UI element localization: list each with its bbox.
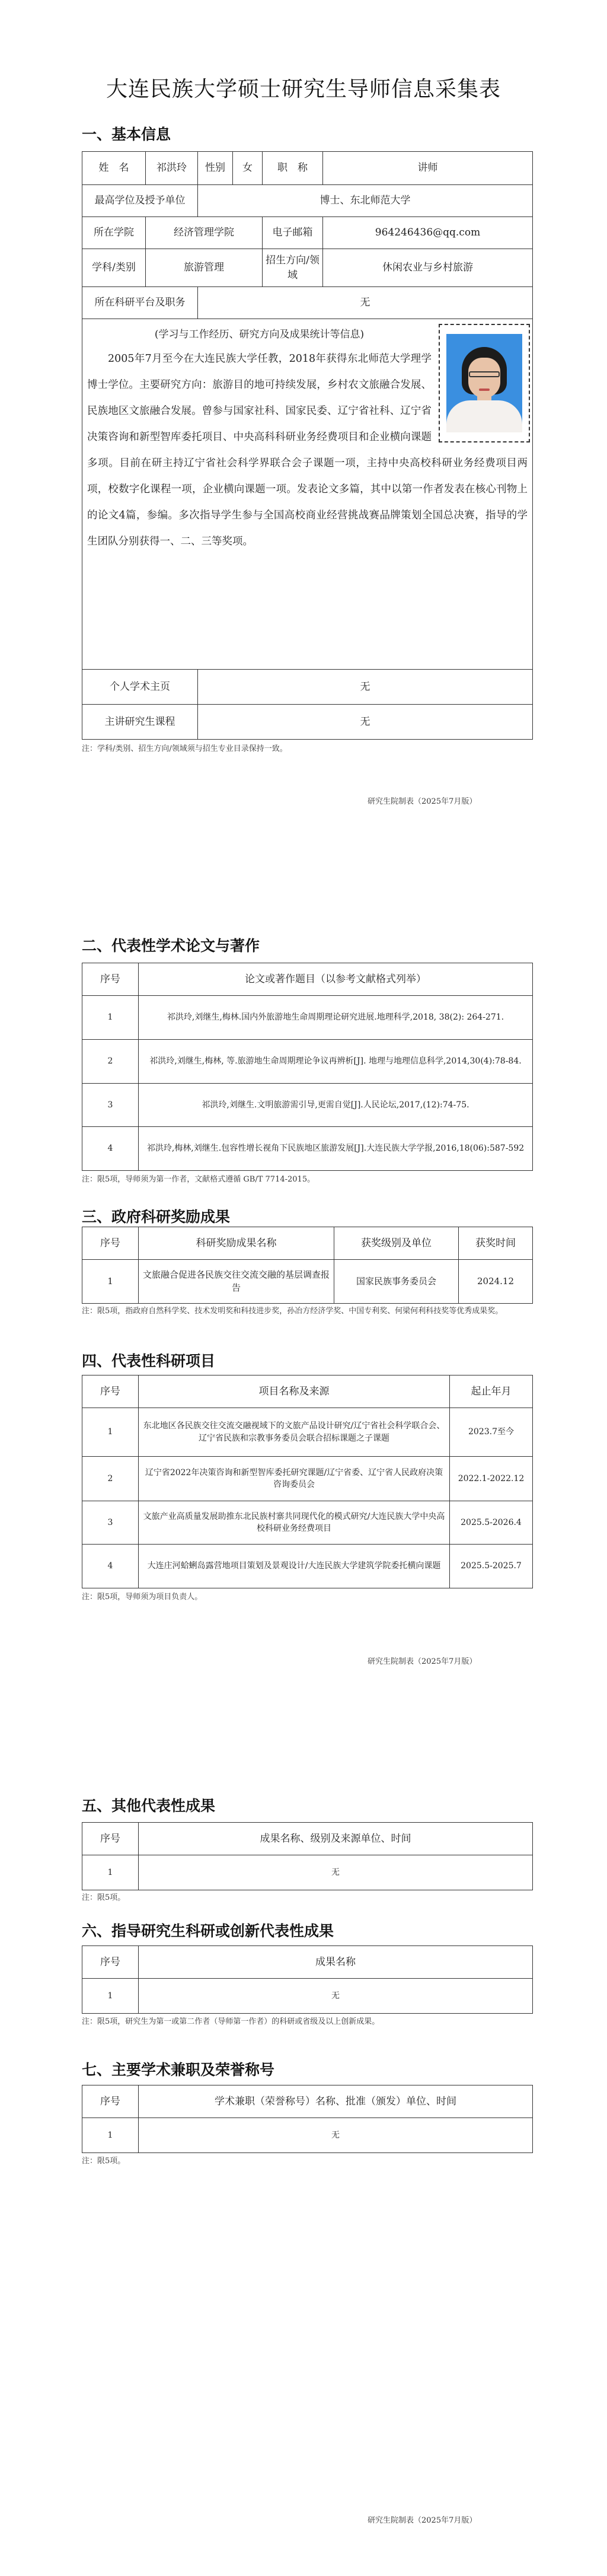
awards-header-level: 获奖级别及单位 bbox=[334, 1227, 459, 1260]
project-period: 2025.5-2026.4 bbox=[450, 1501, 533, 1545]
section5-note: 注：限5项。 bbox=[82, 1892, 532, 1905]
paper-no: 4 bbox=[82, 1127, 139, 1171]
label-title: 职 称 bbox=[263, 152, 323, 185]
value-college: 经济管理学院 bbox=[146, 217, 263, 249]
project-period: 2023.7至今 bbox=[450, 1408, 533, 1457]
paper-citation: 祁洪玲,梅林,刘继生.包容性增长视角下民族地区旅游发展[J].大连民族大学学报,… bbox=[139, 1127, 533, 1171]
paper-no: 3 bbox=[82, 1084, 139, 1127]
award-level: 国家民族事务委员会 bbox=[334, 1260, 459, 1304]
table-row: 4 大连庄河蛤蜊岛露营地项目策划及景观设计/大连民族大学建筑学院委托横向课题 2… bbox=[82, 1545, 533, 1588]
document-title: 大连民族大学硕士研究生导师信息采集表 bbox=[0, 72, 607, 103]
value-discipline: 旅游管理 bbox=[146, 249, 263, 287]
award-name: 文旅融合促进各民族交往交流交融的基层调查报告 bbox=[139, 1260, 334, 1304]
value-direction: 休闲农业与乡村旅游 bbox=[323, 249, 533, 287]
value-name: 祁洪玲 bbox=[146, 152, 198, 185]
bio-cell: (学习与工作经历、研究方向及成果统计等信息) 2005年7月至今在大连民族大学任… bbox=[82, 319, 533, 670]
papers-header-no: 序号 bbox=[82, 963, 139, 996]
label-direction: 招生方向/领域 bbox=[263, 249, 323, 287]
table-row: 1 文旅融合促进各民族交往交流交融的基层调查报告 国家民族事务委员会 2024.… bbox=[82, 1260, 533, 1304]
value-courses: 无 bbox=[198, 705, 533, 740]
student-value: 无 bbox=[139, 1979, 533, 2014]
label-homepage: 个人学术主页 bbox=[82, 670, 198, 705]
project-no: 2 bbox=[82, 1457, 139, 1501]
section4-heading: 四、代表性科研项目 bbox=[82, 1349, 215, 1371]
other-no: 1 bbox=[82, 1855, 139, 1890]
awards-table: 序号 科研奖励成果名称 获奖级别及单位 获奖时间 1 文旅融合促进各民族交往交流… bbox=[82, 1227, 533, 1304]
table-row: 3 文旅产业高质量发展助推东北民族村寨共同现代化的模式研究/大连民族大学中央高校… bbox=[82, 1501, 533, 1545]
other-header-name: 成果名称、级别及来源单位、时间 bbox=[139, 1823, 533, 1855]
label-courses: 主讲研究生课程 bbox=[82, 705, 198, 740]
project-name: 文旅产业高质量发展助推东北民族村寨共同现代化的模式研究/大连民族大学中央高校科研… bbox=[139, 1501, 450, 1545]
label-gender: 性别 bbox=[198, 152, 233, 185]
value-platform: 无 bbox=[198, 287, 533, 319]
table-row: 3 祁洪玲,刘继生.文明旅游需引导,更需自觉[J].人民论坛,2017,(12)… bbox=[82, 1084, 533, 1127]
label-name: 姓 名 bbox=[82, 152, 146, 185]
project-name: 大连庄河蛤蜊岛露营地项目策划及景观设计/大连民族大学建筑学院委托横向课题 bbox=[139, 1545, 450, 1588]
section3-heading: 三、政府科研奖励成果 bbox=[82, 1205, 230, 1227]
student-no: 1 bbox=[82, 1979, 139, 2014]
table-row: 4 祁洪玲,梅林,刘继生.包容性增长视角下民族地区旅游发展[J].大连民族大学学… bbox=[82, 1127, 533, 1171]
project-period: 2025.5-2025.7 bbox=[450, 1545, 533, 1588]
honors-header-name: 学术兼职（荣誉称号）名称、批准（颁发）单位、时间 bbox=[139, 2085, 533, 2118]
value-gender: 女 bbox=[233, 152, 263, 185]
paper-citation: 祁洪玲,刘继生.文明旅游需引导,更需自觉[J].人民论坛,2017,(12):7… bbox=[139, 1084, 533, 1127]
table-row: 1 东北地区各民族交往交流交融视域下的文旅产品设计研究/辽宁省社会科学联合会、辽… bbox=[82, 1408, 533, 1457]
honors-value: 无 bbox=[139, 2118, 533, 2153]
section2-heading: 二、代表性学术论文与著作 bbox=[82, 934, 260, 956]
label-email: 电子邮箱 bbox=[263, 217, 323, 249]
honors-table: 序号 学术兼职（荣誉称号）名称、批准（颁发）单位、时间 1 无 bbox=[82, 2085, 533, 2153]
section5-heading: 五、其他代表性成果 bbox=[82, 1794, 215, 1816]
paper-no: 1 bbox=[82, 996, 139, 1040]
projects-header-no: 序号 bbox=[82, 1375, 139, 1408]
paper-citation: 祁洪玲,刘继生,梅林.国内外旅游地生命周期理论研究进展.地理科学,2018, 3… bbox=[139, 996, 533, 1040]
table-row: 1 无 bbox=[82, 1855, 533, 1890]
projects-table: 序号 项目名称及来源 起止年月 1 东北地区各民族交往交流交融视域下的文旅产品设… bbox=[82, 1375, 533, 1588]
awards-header-name: 科研奖励成果名称 bbox=[139, 1227, 334, 1260]
honors-header-no: 序号 bbox=[82, 2085, 139, 2118]
page-footer-3: 研究生院制表（2025年7月版） bbox=[368, 2514, 477, 2525]
section7-note: 注：限5项。 bbox=[82, 2155, 532, 2168]
label-discipline: 学科/类别 bbox=[82, 249, 146, 287]
table-row: 1 无 bbox=[82, 2118, 533, 2153]
value-email: 964246436@qq.com bbox=[323, 217, 533, 249]
papers-table: 序号 论文或著作题目（以参考文献格式列举） 1 祁洪玲,刘继生,梅林.国内外旅游… bbox=[82, 963, 533, 1171]
section6-note: 注：限5项，研究生为第一或第二作者（导师第一作者）的科研或省级及以上创新成果。 bbox=[82, 2015, 532, 2029]
award-time: 2024.12 bbox=[459, 1260, 533, 1304]
projects-header-name: 项目名称及来源 bbox=[139, 1375, 450, 1408]
other-header-no: 序号 bbox=[82, 1823, 139, 1855]
basic-info-table: 姓 名 祁洪玲 性别 女 职 称 讲师 最高学位及授予单位 博士、东北师范大学 … bbox=[82, 151, 533, 740]
table-row: 1 无 bbox=[82, 1979, 533, 2014]
honors-no: 1 bbox=[82, 2118, 139, 2153]
paper-no: 2 bbox=[82, 1040, 139, 1084]
project-name: 东北地区各民族交往交流交融视域下的文旅产品设计研究/辽宁省社会科学联合会、辽宁省… bbox=[139, 1408, 450, 1457]
student-header-no: 序号 bbox=[82, 1946, 139, 1979]
section1-note: 注：学科/类别、招生方向/领域须与招生专业目录保持一致。 bbox=[82, 743, 532, 756]
student-achievements-table: 序号 成果名称 1 无 bbox=[82, 1945, 533, 2014]
label-degree: 最高学位及授予单位 bbox=[82, 185, 198, 217]
value-title: 讲师 bbox=[323, 152, 533, 185]
value-degree: 博士、东北师范大学 bbox=[198, 185, 533, 217]
table-row: 1 祁洪玲,刘继生,梅林.国内外旅游地生命周期理论研究进展.地理科学,2018,… bbox=[82, 996, 533, 1040]
project-name: 辽宁省2022年决策咨询和新型智库委托研究课题/辽宁省委、辽宁省人民政府决策咨询… bbox=[139, 1457, 450, 1501]
project-no: 3 bbox=[82, 1501, 139, 1545]
awards-header-time: 获奖时间 bbox=[459, 1227, 533, 1260]
paper-citation: 祁洪玲,刘继生,梅林, 等.旅游地生命周期理论争议再辨析[J]. 地理与地理信息… bbox=[139, 1040, 533, 1084]
awards-header-no: 序号 bbox=[82, 1227, 139, 1260]
page-footer-1: 研究生院制表（2025年7月版） bbox=[368, 795, 477, 806]
table-row: 2 辽宁省2022年决策咨询和新型智库委托研究课题/辽宁省委、辽宁省人民政府决策… bbox=[82, 1457, 533, 1501]
project-no: 4 bbox=[82, 1545, 139, 1588]
page-footer-2: 研究生院制表（2025年7月版） bbox=[368, 1655, 477, 1666]
label-platform: 所在科研平台及职务 bbox=[82, 287, 198, 319]
other-value: 无 bbox=[139, 1855, 533, 1890]
section3-note: 注：限5项，指政府自然科学奖、技术发明奖和科技进步奖，孙冶方经济学奖、中国专利奖… bbox=[82, 1305, 532, 1318]
section6-heading: 六、指导研究生科研或创新代表性成果 bbox=[82, 1919, 334, 1941]
section4-note: 注：限5项，导师须为项目负责人。 bbox=[82, 1591, 532, 1604]
project-period: 2022.1-2022.12 bbox=[450, 1457, 533, 1501]
student-header-name: 成果名称 bbox=[139, 1946, 533, 1979]
label-college: 所在学院 bbox=[82, 217, 146, 249]
section2-note: 注：限5项，导师须为第一作者，文献格式遵循 GB/T 7714-2015。 bbox=[82, 1173, 532, 1186]
section7-heading: 七、主要学术兼职及荣誉称号 bbox=[82, 2058, 274, 2080]
teacher-photo bbox=[446, 334, 522, 432]
projects-header-period: 起止年月 bbox=[450, 1375, 533, 1408]
papers-header-title: 论文或著作题目（以参考文献格式列举） bbox=[139, 963, 533, 996]
photo-frame bbox=[439, 324, 530, 442]
other-achievements-table: 序号 成果名称、级别及来源单位、时间 1 无 bbox=[82, 1822, 533, 1890]
award-no: 1 bbox=[82, 1260, 139, 1304]
project-no: 1 bbox=[82, 1408, 139, 1457]
section1-heading: 一、基本信息 bbox=[82, 123, 171, 144]
table-row: 2 祁洪玲,刘继生,梅林, 等.旅游地生命周期理论争议再辨析[J]. 地理与地理… bbox=[82, 1040, 533, 1084]
value-homepage: 无 bbox=[198, 670, 533, 705]
